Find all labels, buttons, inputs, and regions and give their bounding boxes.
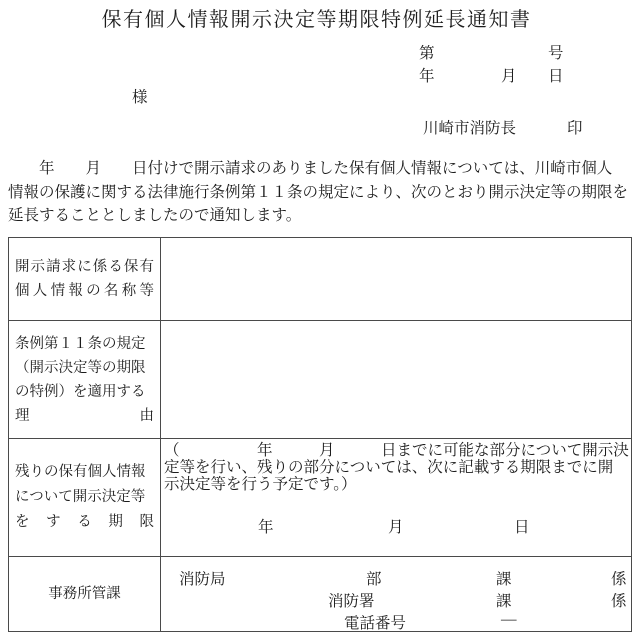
deadline-day-label: 日: [514, 515, 530, 537]
section-label: 課: [496, 567, 512, 589]
fire-station-label: 消防署: [328, 589, 375, 611]
row1-header-line: 個人情報の名称等: [15, 279, 154, 303]
document-page: 保有個人情報開示決定等期限特例延長通知書 第 号 年 月 日 様 川崎市消防長 …: [0, 0, 633, 638]
row4-header-line: 事務所管課: [15, 582, 154, 606]
addressee-honorific: 様: [132, 85, 148, 107]
row2-header-line: 理由: [15, 404, 154, 428]
row2-header-cell: 条例第１１条の規定 （開示決定等の期限 の特例）を適用する 理由: [9, 321, 161, 438]
phone-number-dash: ―: [501, 611, 517, 629]
row1-header-line: 開示請求に係る保有: [15, 255, 154, 279]
deadline-month-label: 月: [388, 515, 404, 537]
partial-disclosure-note-line: 示決定等を行う予定です。）: [164, 476, 629, 493]
notice-paragraph-line: 延長することとしましたので通知します。: [8, 204, 630, 228]
table-row-remaining-deadline: 残りの保有個人情報 について開示決定等 をする期限 （ 年 月 日までに可能な部…: [9, 438, 631, 556]
row4-value-cell: 消防局 部 課 係 消防署 課 係 電話番号 ―: [161, 557, 631, 631]
row2-header-line: 条例第１１条の規定: [15, 332, 154, 356]
seal-mark: 印: [567, 116, 583, 138]
doc-number-suffix: 号: [548, 41, 564, 63]
table-row-disclosure-name: 開示請求に係る保有 個人情報の名称等: [9, 238, 631, 320]
document-title: 保有個人情報開示決定等期限特例延長通知書: [0, 3, 633, 32]
row1-header-cell: 開示請求に係る保有 個人情報の名称等: [9, 238, 161, 320]
table-row-office-in-charge: 事務所管課 消防局 部 課 係 消防署 課 係 電話番号 ―: [9, 556, 631, 631]
partial-disclosure-note-line: （ 年 月 日までに可能な部分について開示決: [164, 442, 629, 459]
phone-number-label: 電話番号: [344, 611, 406, 633]
issue-date-month-label: 月: [501, 64, 517, 86]
sender-name: 川崎市消防長: [423, 116, 516, 138]
row3-header-line: について開示決定等: [15, 485, 154, 510]
row3-value-cell: （ 年 月 日までに可能な部分について開示決 定等を行い、残りの部分については、…: [161, 439, 631, 556]
notice-paragraph-line: 年 月 日付けで開示請求のありました保有個人情報については、川崎市個人: [8, 157, 630, 181]
unit-label: 係: [611, 589, 627, 611]
row1-value-cell: [161, 238, 631, 320]
doc-number-prefix: 第: [419, 41, 435, 63]
deadline-year-label: 年: [258, 515, 274, 537]
partial-disclosure-note-line: 定等を行い、残りの部分については、次に記載する期限までに開: [164, 459, 629, 476]
issue-date-day-label: 日: [548, 64, 564, 86]
row3-header-cell: 残りの保有個人情報 について開示決定等 をする期限: [9, 439, 161, 556]
row2-value-cell: [161, 321, 631, 438]
row2-header-line: （開示決定等の期限: [15, 356, 154, 380]
fire-bureau-label: 消防局: [179, 567, 226, 589]
section-label: 課: [496, 589, 512, 611]
partial-disclosure-note: （ 年 月 日までに可能な部分について開示決 定等を行い、残りの部分については、…: [164, 442, 629, 493]
row3-header-line: 残りの保有個人情報: [15, 460, 154, 485]
table-row-reason: 条例第１１条の規定 （開示決定等の期限 の特例）を適用する 理由: [9, 320, 631, 438]
notice-paragraph: 年 月 日付けで開示請求のありました保有個人情報については、川崎市個人 情報の保…: [8, 157, 630, 228]
row2-header-line: の特例）を適用する: [15, 380, 154, 404]
row3-header-line: をする期限: [15, 510, 154, 535]
notice-paragraph-line: 情報の保護に関する法律施行条例第１１条の規定により、次のとおり開示決定等の期限を: [8, 181, 630, 205]
department-label: 部: [366, 567, 382, 589]
issue-date-year-label: 年: [419, 64, 435, 86]
row4-header-cell: 事務所管課: [9, 557, 161, 631]
notice-table: 開示請求に係る保有 個人情報の名称等 条例第１１条の規定 （開示決定等の期限 の…: [8, 237, 632, 632]
unit-label: 係: [611, 567, 627, 589]
